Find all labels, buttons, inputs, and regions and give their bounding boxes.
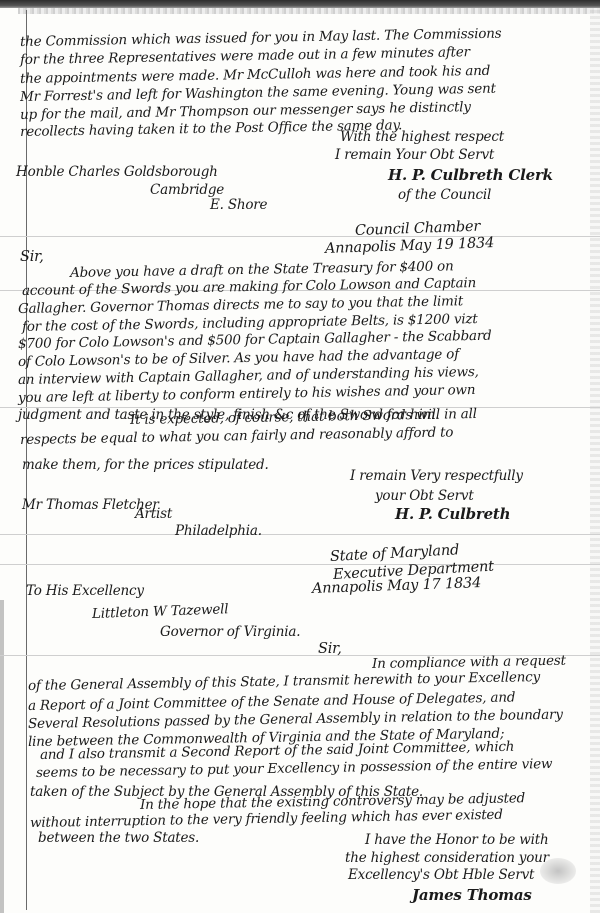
letter-2-dateline-date: Annapolis May 19 1834 xyxy=(325,234,495,258)
letter-2-closing-line: I remain Very respectfully xyxy=(350,467,523,485)
letter-3-addressee-line: To His Excellency xyxy=(26,582,144,600)
page-top-fringe xyxy=(18,8,600,14)
letter-3-salutation: Sir, xyxy=(318,640,342,658)
letter-3-closing-line: Excellency's Obt Hble Servt xyxy=(348,866,534,884)
ruled-line xyxy=(0,564,600,565)
letter-2-body-line: make them, for the prices stipulated. xyxy=(22,456,269,474)
ruled-line xyxy=(0,534,600,535)
letter-2-body-line: respects be equal to what you can fairly… xyxy=(20,423,454,449)
letter-2-addressee-city: Philadelphia. xyxy=(175,522,262,540)
letter-3-closing-line: I have the Honor to be with xyxy=(365,831,549,849)
letter-3-body-line: between the two States. xyxy=(38,829,199,847)
letter-1-addressee-region: E. Shore xyxy=(210,196,267,214)
letter-2-signature: H. P. Culbreth xyxy=(395,505,510,523)
letter-3-closing-line: the highest consideration your xyxy=(345,849,549,867)
letter-2-closing-line: your Obt Servt xyxy=(375,487,474,505)
ink-smudge xyxy=(540,858,576,884)
letter-3-addressee-title: Governor of Virginia. xyxy=(160,623,300,641)
manuscript-page: the Commission which was issued for you … xyxy=(0,0,600,913)
letter-1-signature-title: of the Council xyxy=(398,186,491,204)
letter-1-addressee-name: Honble Charles Goldsborough xyxy=(16,163,218,181)
letter-1-closing-line: With the highest respect xyxy=(340,128,504,146)
letter-3-signature: James Thomas xyxy=(412,886,532,904)
letter-3-addressee-name: Littleton W Tazewell xyxy=(92,600,229,623)
page-top-edge-shadow xyxy=(0,0,600,8)
page-left-edge xyxy=(0,600,4,913)
ruled-line xyxy=(0,236,600,237)
letter-1-closing-line: I remain Your Obt Servt xyxy=(335,146,494,164)
letter-2-addressee-title: Artist xyxy=(135,505,172,523)
page-right-edge xyxy=(590,8,600,913)
letter-2-salutation: Sir, xyxy=(20,248,44,266)
letter-1-signature: H. P. Culbreth Clerk xyxy=(388,166,553,184)
